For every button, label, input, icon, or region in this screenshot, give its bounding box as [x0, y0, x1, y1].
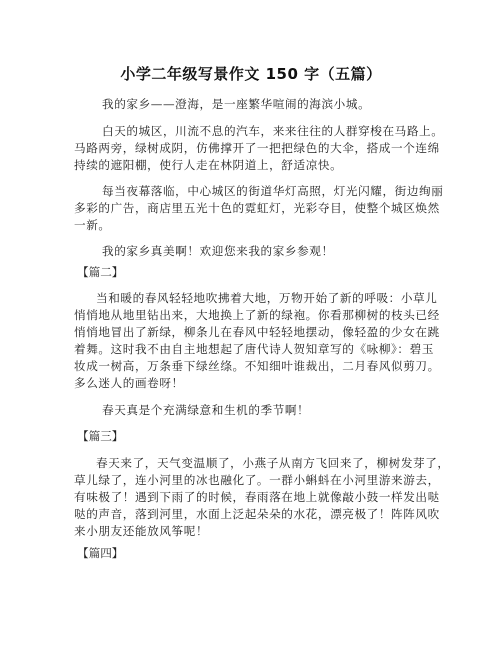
paragraph-line: 马路两旁，绿树成阴，仿佛撑开了一把把绿色的大伞，搭成一个连绵	[74, 141, 440, 155]
paragraph-line: 一新。	[74, 218, 111, 232]
document-page: 小学二年级写景作文 150 字（五篇） 我的家乡——澄海，是一座繁华喧闹的海滨小…	[0, 0, 502, 649]
paragraph-line: 妆成一树高，万条垂下绿丝绦。不知细叶谁裁出，二月春风似剪刀。	[74, 359, 440, 373]
paragraph-line: 草儿绿了，连小河里的冰也融化了。一群小蝌蚪在小河里游来游去，	[74, 473, 440, 487]
paragraph-line: 春天真是个充满绿意和生机的季节啊！	[102, 403, 309, 417]
paragraph-line: 着舞。这时我不由自主地想起了唐代诗人贺知章写的《咏柳》：碧玉	[74, 342, 434, 356]
paragraph-line: 白天的城区，川流不息的汽车，来来往往的人群穿梭在马路上。	[102, 124, 443, 138]
section-heading-4: 【篇四】	[77, 546, 123, 560]
paragraph-line: 哒的声音，落到河里，水面上泛起朵朵的水花，漂亮极了！阵阵风吹	[74, 507, 440, 521]
paragraph-line: 来小朋友还能放风筝呢！	[74, 524, 208, 538]
paragraph-line: 多彩的广告，商店里五光十色的霓虹灯，光彩夺目，使整个城区焕然	[74, 201, 440, 215]
paragraph-line: 悄悄地冒出了新绿，柳条儿在春风中轻轻地摆动，像轻盈的少女在跳	[74, 325, 440, 339]
paragraph-line: 持续的遮阳棚，使行人走在林阴道上，舒适凉快。	[74, 158, 342, 172]
section-heading-3: 【篇三】	[77, 429, 123, 443]
paragraph-line: 悄悄地从地里钻出来，大地换上了新的绿袍。你看那柳树的枝头已经	[74, 308, 440, 322]
paragraph-line: 当和暖的春风轻轻地吹拂着大地，万物开始了新的呼吸：小草儿	[96, 291, 437, 305]
paragraph-line: 多么迷人的画卷呀！	[74, 376, 184, 390]
paragraph-line: 我的家乡——澄海，是一座繁华喧闹的海滨小城。	[102, 97, 370, 111]
paragraph-line: 我的家乡真美啊！欢迎您来我的家乡参观！	[102, 244, 334, 258]
paragraph-line: 春天来了，天气变温顺了，小燕子从南方飞回来了，柳树发芽了，	[96, 456, 450, 470]
paragraph-line: 有味极了！遇到下雨了的时候，春雨落在地上就像敲小鼓一样发出哒	[74, 490, 440, 504]
document-title: 小学二年级写景作文 150 字（五篇）	[0, 63, 502, 84]
section-heading-2: 【篇二】	[77, 265, 123, 279]
paragraph-line: 每当夜幕落临，中心城区的街道华灯高照，灯光闪耀，街边绚丽	[102, 184, 443, 198]
